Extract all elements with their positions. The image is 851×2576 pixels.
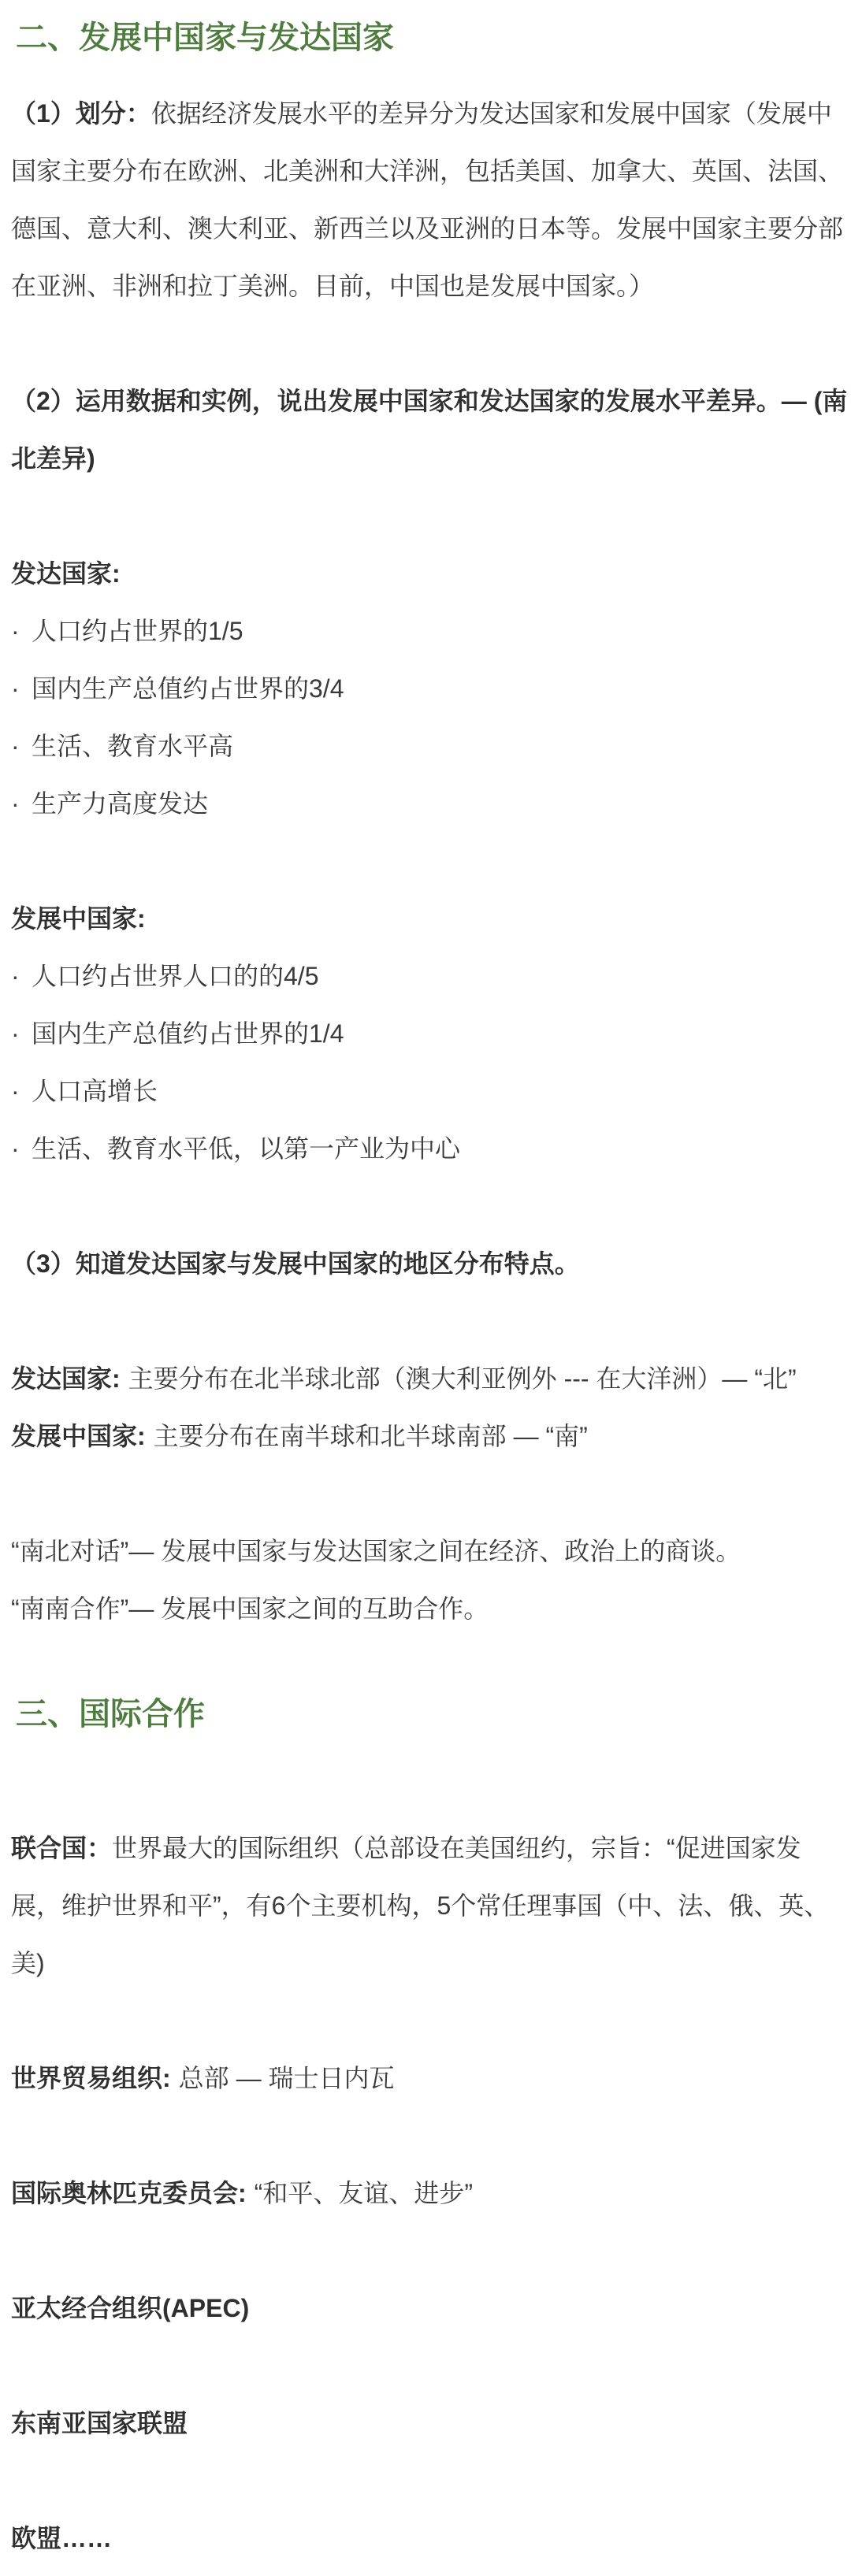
developing-bullet-2-text: 人口高增长 [32,1077,158,1105]
distribution-developing-text: 主要分布在南半球和北半球南部 — “南” [154,1422,588,1450]
olympic-section: 国际奥林匹克委员会:“和平、友谊、进步” [11,2165,845,2222]
para-division: （1）划分：依据经济发展水平的差异分为发达国家和发展中国家（发展中 国家主要分布… [11,85,845,315]
olympic-line: 国际奥林匹克委员会:“和平、友谊、进步” [11,2165,845,2222]
eu-section: 欧盟…… [11,2510,845,2567]
distribution-developed-text: 主要分布在北半球北部（澳大利亚例外 --- 在大洋洲）— “北” [128,1364,797,1393]
wto-label: 世界贸易组织: [11,2064,171,2092]
para-difference-line1: （2）运用数据和实例，说出发展中国家和发达国家的发展水平差异。— (南 [11,373,845,430]
developing-bullet-3: ·生活、教育水平低，以第一产业为中心 [11,1120,845,1178]
developing-bullet-1: ·国内生产总值约占世界的1/4 [11,1005,845,1063]
para-division-lead: （1）划分： [11,99,151,128]
developing-bullet-3-text: 生活、教育水平低，以第一产业为中心 [32,1134,460,1163]
heading-section-3: 三、国际合作 [16,1695,845,1733]
bullet-dot: · [11,1120,32,1178]
para-division-line1-text: 依据经济发展水平的差异分为发达国家和发展中国家（发展中 [151,99,832,128]
un-line1-text: 世界最大的国际组织（总部设在美国纽约，宗旨：“促进国家发 [112,1834,801,1862]
asean-line: 东南亚国家联盟 [11,2395,845,2452]
developed-bullet-0: ·人口约占世界的1/5 [11,603,845,660]
bullet-dot: · [11,718,32,775]
developed-bullet-0-text: 人口约占世界的1/5 [32,617,243,645]
developed-bullet-2: ·生活、教育水平高 [11,718,845,775]
olympic-label: 国际奥林匹克委员会: [11,2179,247,2207]
bullet-dot: · [11,603,32,660]
para-division-line2: 国家主要分布在欧洲、北美洲和大洋洲，包括美国、加拿大、英国、法国、 [11,143,845,200]
bullet-dot: · [11,660,32,718]
developed-bullet-1-text: 国内生产总值约占世界的3/4 [32,674,344,703]
developed-bullet-1: ·国内生产总值约占世界的3/4 [11,660,845,718]
para-distribution-line: （3）知道发达国家与发展中国家的地区分布特点。 [11,1235,845,1293]
developing-bullet-0: ·人口约占世界人口的的4/5 [11,948,845,1005]
notes-page: 二、发展中国家与发达国家 （1）划分：依据经济发展水平的差异分为发达国家和发展中… [0,0,851,2576]
apec-line: 亚太经合组织(APEC) [11,2280,845,2337]
para-division-line4: 在亚洲、非洲和拉丁美洲。目前，中国也是发展中国家。） [11,258,845,315]
un-line3: 美) [11,1935,845,1992]
developed-bullet-2-text: 生活、教育水平高 [32,732,233,760]
para-division-line3: 德国、意大利、澳大利亚、新西兰以及亚洲的日本等。发展中国家主要分部 [11,200,845,258]
developed-bullet-3-text: 生产力高度发达 [32,789,208,818]
wto-section: 世界贸易组织:总部 — 瑞士日内瓦 [11,2050,845,2107]
wto-text: 总部 — 瑞士日内瓦 [179,2064,395,2092]
para-distribution: （3）知道发达国家与发展中国家的地区分布特点。 [11,1235,845,1293]
developed-countries-label: 发达国家: [11,545,845,603]
distribution-developed-label: 发达国家: [11,1364,121,1393]
developed-countries-section: 发达国家: ·人口约占世界的1/5 ·国内生产总值约占世界的3/4 ·生活、教育… [11,545,845,833]
bullet-dot: · [11,1005,32,1063]
bullet-dot: · [11,1063,32,1120]
dialogue-section: “南北对话”— 发展中国家与发达国家之间在经济、政治上的商谈。 “南南合作”— … [11,1523,845,1638]
south-south-cooperation-line: “南南合作”— 发展中国家之间的互助合作。 [11,1580,845,1638]
developed-bullet-3: ·生产力高度发达 [11,775,845,833]
bullet-dot: · [11,775,32,833]
developing-bullet-2: ·人口高增长 [11,1063,845,1120]
un-line1: 联合国：世界最大的国际组织（总部设在美国纽约，宗旨：“促进国家发 [11,1820,845,1877]
apec-section: 亚太经合组织(APEC) [11,2280,845,2337]
developing-bullet-1-text: 国内生产总值约占世界的1/4 [32,1019,344,1048]
distribution-developed-line: 发达国家:主要分布在北半球北部（澳大利亚例外 --- 在大洋洲）— “北” [11,1350,845,1408]
developing-bullet-0-text: 人口约占世界人口的的4/5 [32,962,319,990]
para-difference-line2: 北差异) [11,430,845,488]
distribution-developing-label: 发展中国家: [11,1422,146,1450]
north-south-dialogue-line: “南北对话”— 发展中国家与发达国家之间在经济、政治上的商谈。 [11,1523,845,1580]
olympic-text: “和平、友谊、进步” [255,2179,473,2207]
bullet-dot: · [11,948,32,1005]
developing-countries-section: 发展中国家: ·人口约占世界人口的的4/5 ·国内生产总值约占世界的1/4 ·人… [11,890,845,1178]
eu-line: 欧盟…… [11,2510,845,2567]
un-section: 联合国：世界最大的国际组织（总部设在美国纽约，宗旨：“促进国家发 展，维护世界和… [11,1820,845,1992]
wto-line: 世界贸易组织:总部 — 瑞士日内瓦 [11,2050,845,2107]
para-difference: （2）运用数据和实例，说出发展中国家和发达国家的发展水平差异。— (南 北差异) [11,373,845,488]
para-division-line1: （1）划分：依据经济发展水平的差异分为发达国家和发展中国家（发展中 [11,85,845,143]
un-label: 联合国： [11,1834,112,1862]
un-line2: 展，维护世界和平”，有6个主要机构，5个常任理事国（中、法、俄、英、 [11,1877,845,1935]
distribution-developing-line: 发展中国家:主要分布在南半球和北半球南部 — “南” [11,1408,845,1465]
distribution-section: 发达国家:主要分布在北半球北部（澳大利亚例外 --- 在大洋洲）— “北” 发展… [11,1350,845,1465]
heading-section-2: 二、发展中国家与发达国家 [16,19,845,57]
developing-countries-label: 发展中国家: [11,890,845,948]
asean-section: 东南亚国家联盟 [11,2395,845,2452]
